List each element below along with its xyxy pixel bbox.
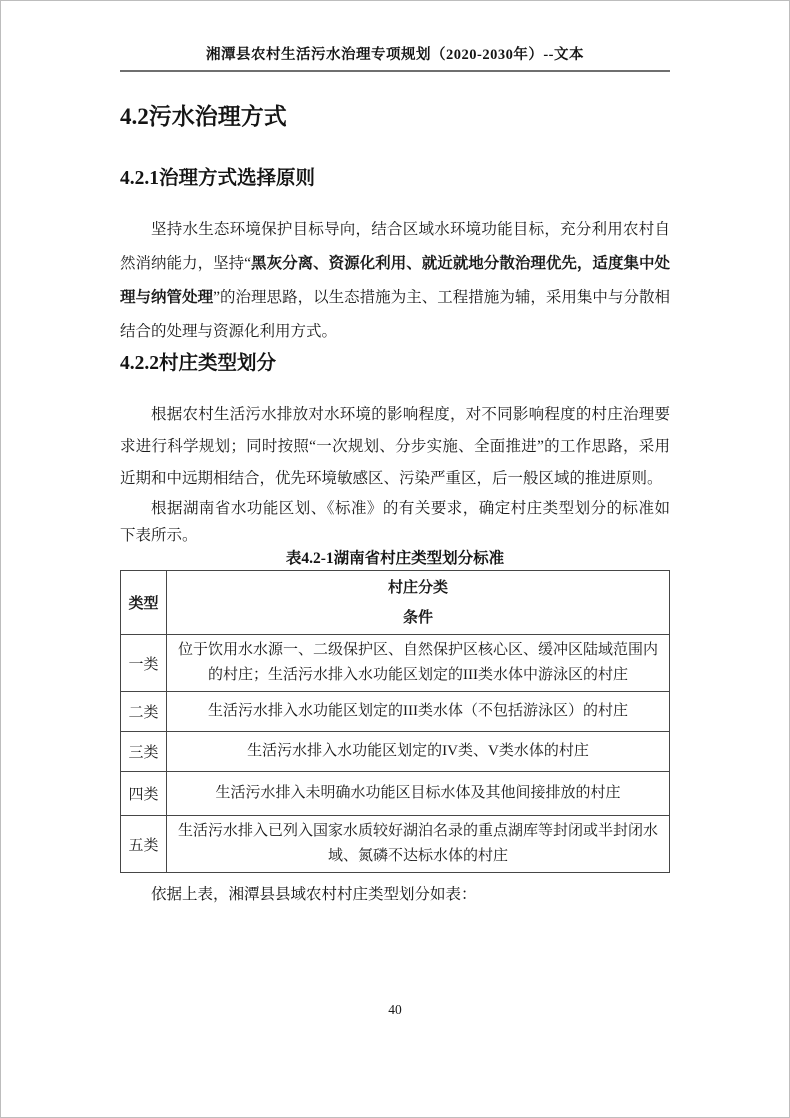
section-heading-4-2-1: 4.2.1治理方式选择原则 bbox=[120, 166, 670, 192]
row-condition-cell: 生活污水排入未明确水功能区目标水体及其他间接排放的村庄 bbox=[167, 772, 670, 816]
paragraph-table-lead-in: 依据上表，湘潭县县域农村村庄类型划分如表： bbox=[120, 880, 670, 910]
document-title: 湘潭县农村生活污水治理专项规划（2020-2030年）--文本 bbox=[120, 43, 670, 64]
section-heading-4-2: 4.2污水治理方式 bbox=[120, 103, 670, 130]
table-row: 二类 生活污水排入水功能区划定的III类水体（不包括游泳区）的村庄 bbox=[121, 692, 670, 732]
row-condition-cell: 位于饮用水水源一、二级保护区、自然保护区核心区、缓冲区陆域范围内的村庄；生活污水… bbox=[167, 635, 670, 692]
table-row: 一类 位于饮用水水源一、二级保护区、自然保护区核心区、缓冲区陆域范围内的村庄；生… bbox=[121, 635, 670, 692]
row-type-cell: 三类 bbox=[121, 732, 167, 772]
table-header-sub-label: 条件 bbox=[173, 609, 663, 627]
row-type-cell: 二类 bbox=[121, 692, 167, 732]
paragraph-standard-reference: 根据湖南省水功能区划、《标准》的有关要求，确定村庄类型划分的标准如下表所示。 bbox=[120, 495, 670, 549]
table-row: 四类 生活污水排入未明确水功能区目标水体及其他间接排放的村庄 bbox=[121, 772, 670, 816]
document-page: 湘潭县农村生活污水治理专项规划（2020-2030年）--文本 4.2污水治理方… bbox=[0, 0, 790, 1118]
table-row: 五类 生活污水排入已列入国家水质较好湖泊名录的重点湖库等封闭或半封闭水域、氮磷不… bbox=[121, 816, 670, 873]
table-header-condition: 村庄分类 条件 bbox=[167, 571, 670, 635]
table-row: 三类 生活污水排入水功能区划定的IV类、V类水体的村庄 bbox=[121, 732, 670, 772]
row-condition-cell: 生活污水排入水功能区划定的IV类、V类水体的村庄 bbox=[167, 732, 670, 772]
row-type-cell: 一类 bbox=[121, 635, 167, 692]
row-condition-cell: 生活污水排入水功能区划定的III类水体（不包括游泳区）的村庄 bbox=[167, 692, 670, 732]
page-number: 40 bbox=[1, 1002, 789, 1018]
table-header-row: 类型 村庄分类 条件 bbox=[121, 571, 670, 635]
table-header-group-label: 村庄分类 bbox=[173, 579, 663, 597]
paragraph-treatment-principles: 坚持水生态环境保护目标导向，结合区域水环境功能目标，充分利用农村自然消纳能力，坚… bbox=[120, 213, 670, 349]
table-caption: 表4.2-1湖南省村庄类型划分标准 bbox=[120, 550, 670, 568]
row-condition-cell: 生活污水排入已列入国家水质较好湖泊名录的重点湖库等封闭或半封闭水域、氮磷不达标水… bbox=[167, 816, 670, 873]
table-header-type: 类型 bbox=[121, 571, 167, 635]
section-heading-4-2-2: 4.2.2村庄类型划分 bbox=[120, 351, 670, 377]
page-header: 湘潭县农村生活污水治理专项规划（2020-2030年）--文本 bbox=[120, 43, 670, 72]
village-type-table: 类型 村庄分类 条件 一类 位于饮用水水源一、二级保护区、自然保护区核心区、缓冲… bbox=[120, 570, 670, 873]
row-type-cell: 五类 bbox=[121, 816, 167, 873]
row-type-cell: 四类 bbox=[121, 772, 167, 816]
paragraph-village-planning: 根据农村生活污水排放对水环境的影响程度，对不同影响程度的村庄治理要求进行科学规划… bbox=[120, 399, 670, 495]
